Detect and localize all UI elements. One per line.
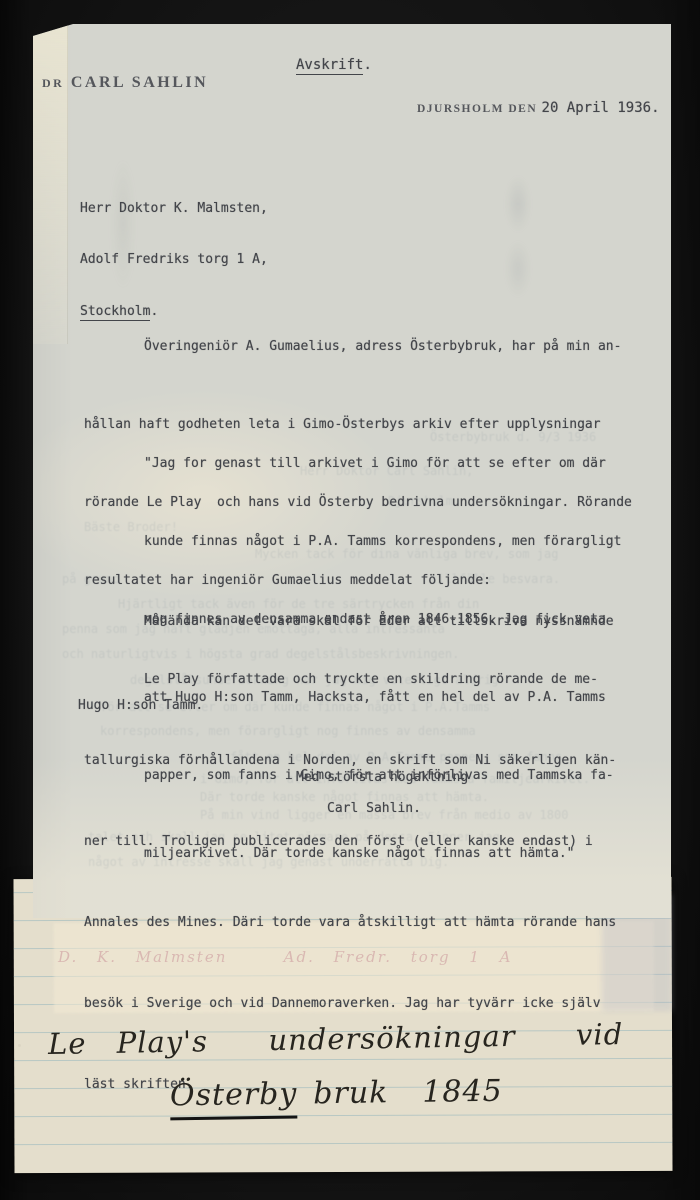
- dateline: DJURSHOLM DEN 20 April 1936.: [417, 97, 660, 116]
- dateline-place: DJURSHOLM DEN: [417, 103, 542, 115]
- copy-label-word: Avskrift: [296, 57, 363, 75]
- body-line: Annales des Mines. Däri torde vara åtski…: [84, 909, 616, 936]
- recipient-line: Herr Doktor K. Malmsten,: [80, 200, 268, 217]
- dateline-date: 20 April 1936.: [542, 100, 660, 116]
- handwritten-underlined-word: Österby: [170, 1077, 298, 1121]
- closing-salutation: Med största högaktning: [296, 770, 468, 785]
- signature-name: Carl Sahlin.: [327, 801, 421, 816]
- quote-line: "Jag for genast till arkivet i Gimo för …: [144, 451, 621, 477]
- paragraph-3: Le Play författade och tryckte en skildr…: [84, 612, 616, 1152]
- dust-speck: [18, 1044, 21, 1047]
- body-line: ner till. Troligen publicerades den förs…: [84, 828, 616, 855]
- folded-edge-strip: [33, 24, 68, 344]
- scan-black-mat: Österbybruk d. 9/3 1936 Herr Doktor Carl…: [0, 0, 700, 1200]
- copy-label-period: .: [363, 57, 371, 73]
- copy-label: Avskrift.: [296, 57, 372, 73]
- body-line: Le Play författade och tryckte en skildr…: [84, 666, 616, 693]
- letterhead-title: DR: [42, 76, 64, 90]
- body-line: besök i Sverige och vid Dannemoraverken.…: [84, 990, 616, 1017]
- recipient-line: Adolf Fredriks torg 1 A,: [80, 251, 268, 268]
- handwritten-word: bruk: [313, 1075, 389, 1111]
- letterhead-name: CARL SAHLIN: [64, 74, 208, 91]
- faint-red-note: D. K. Malmsten Ad. Fredr. torg 1 A: [58, 948, 513, 966]
- letterhead: DR CARL SAHLIN: [42, 74, 208, 92]
- handwritten-year: 1845: [422, 1074, 503, 1110]
- handwritten-caption-line2: Österbybruk1845: [170, 1074, 503, 1114]
- body-line: Överingeniör A. Gumaelius, adress Österb…: [84, 334, 632, 360]
